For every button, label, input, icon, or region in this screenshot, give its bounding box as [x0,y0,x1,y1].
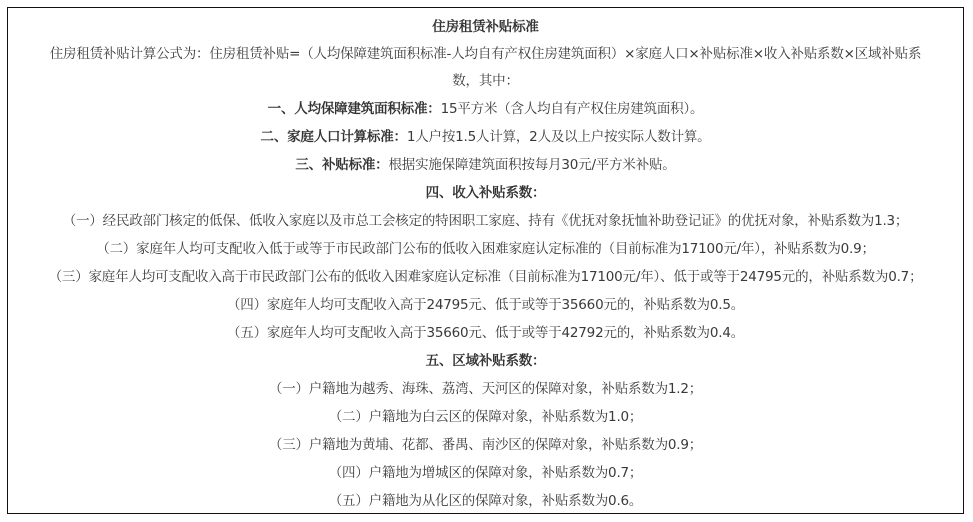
document-title: 住房租赁补贴标准 [8,18,963,36]
income-item: （二）家庭年人均可支配收入低于或等于市民政部门公布的低收入困难家庭认定标准的（目… [8,240,963,258]
item-text: 根据实施保障建筑面积按每月30元/平方米补贴。 [388,157,675,173]
income-item: （一）经民政部门核定的低保、低收入家庭以及市总工会核定的特困职工家庭、持有《优抚… [8,212,963,230]
item-subsidy-standard: 三、补贴标准：根据实施保障建筑面积按每月30元/平方米补贴。 [8,156,963,174]
item-family-size: 二、家庭人口计算标准：1人户按1.5人计算，2人及以上户按实际人数计算。 [8,128,963,146]
region-item: （三）户籍地为黄埔、花都、番禺、南沙区的保障对象，补贴系数为0.9； [8,436,963,454]
item-per-capita-area: 一、人均保障建筑面积标准：15平方米（含人均自有产权住房建筑面积）。 [8,100,963,118]
region-item: （一）户籍地为越秀、海珠、荔湾、天河区的保障对象，补贴系数为1.2； [8,380,963,398]
income-item: （三）家庭年人均可支配收入高于市民政部门公布的低收入困难家庭认定标准（目前标准为… [8,268,963,286]
income-item: （四）家庭年人均可支配收入高于24795元、低于或等于35660元的，补贴系数为… [8,296,963,314]
income-heading: 四、收入补贴系数： [8,184,963,202]
item-text: 1人户按1.5人计算，2人及以上户按实际人数计算。 [407,129,711,145]
item-label: 三、补贴标准： [295,157,388,173]
formula-line-2: 数，其中： [8,72,963,90]
formula-line-1: 住房租赁补贴计算公式为：住房租赁补贴=（人均保障建筑面积标准-人均自有产权住房建… [8,45,963,63]
item-label: 一、人均保障建筑面积标准： [268,101,441,117]
income-item: （五）家庭年人均可支配收入高于35660元、低于或等于42792元的，补贴系数为… [8,324,963,342]
region-item: （五）户籍地为从化区的保障对象，补贴系数为0.6。 [8,492,963,510]
item-text: 15平方米（含人均自有产权住房建筑面积）。 [441,101,704,117]
document-frame: 住房租赁补贴标准 住房租赁补贴计算公式为：住房租赁补贴=（人均保障建筑面积标准-… [7,7,964,514]
region-item: （四）户籍地为增城区的保障对象，补贴系数为0.7； [8,464,963,482]
region-heading: 五、区域补贴系数： [8,352,963,370]
item-label: 二、家庭人口计算标准： [261,129,407,145]
region-item: （二）户籍地为白云区的保障对象，补贴系数为1.0； [8,408,963,426]
